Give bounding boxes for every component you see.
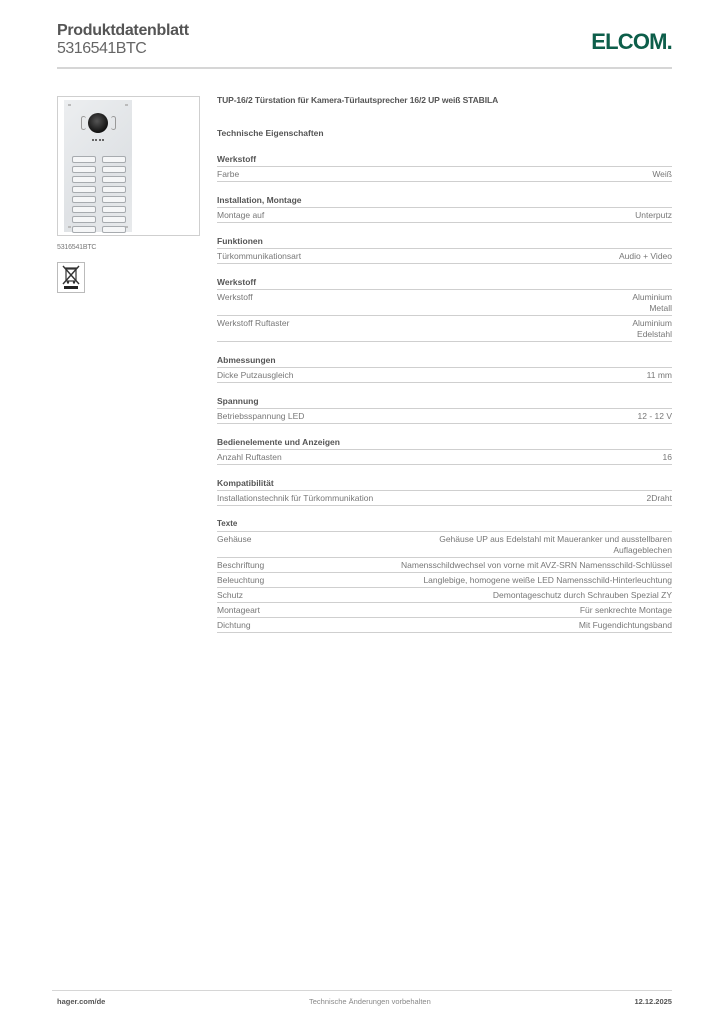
spec-value: Langlebige, homogene weiße LED Namenssch… — [382, 575, 672, 586]
spec-label: Gehäuse — [217, 534, 252, 556]
spec-label: Anzahl Ruftasten — [217, 452, 282, 463]
spec-value: Für senkrechte Montage — [382, 605, 672, 616]
spec-section: KompatibilitätInstallationstechnik für T… — [217, 478, 672, 506]
section-title: Kompatibilität — [217, 478, 672, 491]
spec-value: 11 mm — [382, 370, 672, 381]
footer-divider — [52, 990, 672, 991]
spec-section: FunktionenTürkommunikationsartAudio + Vi… — [217, 236, 672, 264]
screw-icon — [125, 104, 128, 106]
spec-row: Anzahl Ruftasten16 — [217, 450, 672, 465]
spec-row: DichtungMit Fugendichtungsband — [217, 618, 672, 633]
screw-icon — [68, 226, 71, 228]
call-button-icon — [102, 196, 126, 203]
call-button-icon — [102, 216, 126, 223]
section-title: Funktionen — [217, 236, 672, 249]
screw-icon — [68, 104, 71, 106]
product-title: TUP-16/2 Türstation für Kamera-Türlautsp… — [217, 95, 672, 107]
spec-value: Namensschildwechsel von vorne mit AVZ-SR… — [382, 560, 672, 571]
section-title: Abmessungen — [217, 355, 672, 368]
call-button-icon — [72, 226, 96, 233]
call-button-icon — [72, 166, 96, 173]
spec-value: 16 — [382, 452, 672, 463]
spec-row: Dicke Putzausgleich11 mm — [217, 368, 672, 383]
microphone-icon — [92, 136, 104, 141]
spec-value: Mit Fugendichtungsband — [382, 620, 672, 631]
spec-value: Aluminium Edelstahl — [382, 318, 672, 340]
spec-value: Aluminium Metall — [382, 292, 672, 314]
call-button-icon — [72, 156, 96, 163]
call-button-grid — [72, 156, 126, 233]
weee-disposal-icon — [57, 262, 85, 293]
call-button-icon — [102, 156, 126, 163]
spec-label: Türkommunikationsart — [217, 251, 301, 262]
call-button-icon — [72, 216, 96, 223]
spec-label: Beschriftung — [217, 560, 264, 571]
spec-value: Audio + Video — [382, 251, 672, 262]
spec-section: TexteGehäuseGehäuse UP aus Edelstahl mit… — [217, 519, 672, 633]
camera-icon — [88, 113, 108, 133]
spec-label: Installationstechnik für Türkommunikatio… — [217, 493, 373, 504]
call-button-icon — [102, 186, 126, 193]
technical-properties-heading: Technische Eigenschaften — [217, 128, 672, 140]
spec-row: Installationstechnik für Türkommunikatio… — [217, 491, 672, 506]
elcom-logo: ELCOM. — [591, 29, 672, 55]
spec-row: Werkstoff RuftasterAluminium Edelstahl — [217, 316, 672, 342]
spec-row: FarbeWeiß — [217, 167, 672, 182]
section-title: Werkstoff — [217, 277, 672, 290]
footer-website: hager.com/de — [57, 997, 105, 1006]
spec-row: Montage aufUnterputz — [217, 208, 672, 223]
spec-value: Demontageschutz durch Schrauben Spezial … — [382, 590, 672, 601]
section-title: Spannung — [217, 396, 672, 409]
spec-section: WerkstoffWerkstoffAluminium MetallWerkst… — [217, 277, 672, 342]
footer-note: Technische Änderungen vorbehalten — [309, 997, 431, 1006]
spec-value: 2Draht — [382, 493, 672, 504]
spec-label: Schutz — [217, 590, 243, 601]
door-station-panel — [64, 100, 132, 232]
spec-row: BeleuchtungLanglebige, homogene weiße LE… — [217, 573, 672, 588]
spec-row: TürkommunikationsartAudio + Video — [217, 249, 672, 264]
spec-label: Farbe — [217, 169, 239, 180]
section-title: Installation, Montage — [217, 195, 672, 208]
spec-label: Dichtung — [217, 620, 251, 631]
document-footer: hager.com/de Technische Änderungen vorbe… — [57, 997, 672, 1006]
specification-content: TUP-16/2 Türstation für Kamera-Türlautsp… — [217, 95, 672, 633]
footer-date: 12.12.2025 — [634, 997, 672, 1006]
spec-row: SchutzDemontageschutz durch Schrauben Sp… — [217, 588, 672, 603]
spec-section: WerkstoffFarbeWeiß — [217, 154, 672, 182]
spec-row: Betriebsspannung LED12 - 12 V — [217, 409, 672, 424]
image-caption: 5316541BTC — [57, 244, 96, 251]
spec-label: Werkstoff — [217, 292, 253, 314]
spec-label: Montage auf — [217, 210, 264, 221]
call-button-icon — [72, 186, 96, 193]
product-image — [57, 96, 200, 236]
spec-row: BeschriftungNamensschildwechsel von vorn… — [217, 558, 672, 573]
call-button-icon — [102, 226, 126, 233]
header-divider — [57, 67, 672, 69]
spec-label: Montageart — [217, 605, 260, 616]
speaker-icon — [111, 116, 116, 130]
spec-section: AbmessungenDicke Putzausgleich11 mm — [217, 355, 672, 383]
document-title: Produktdatenblatt — [57, 22, 189, 40]
spec-value: Unterputz — [382, 210, 672, 221]
spec-row: WerkstoffAluminium Metall — [217, 290, 672, 316]
spec-label: Betriebsspannung LED — [217, 411, 304, 422]
specification-sections: WerkstoffFarbeWeißInstallation, MontageM… — [217, 154, 672, 633]
article-number: 5316541BTC — [57, 40, 189, 58]
spec-row: GehäuseGehäuse UP aus Edelstahl mit Maue… — [217, 532, 672, 558]
spec-label: Werkstoff Ruftaster — [217, 318, 289, 340]
spec-section: Installation, MontageMontage aufUnterput… — [217, 195, 672, 223]
spec-value: Weiß — [382, 169, 672, 180]
spec-section: Bedienelemente und AnzeigenAnzahl Ruftas… — [217, 437, 672, 465]
spec-label: Dicke Putzausgleich — [217, 370, 294, 381]
call-button-icon — [72, 176, 96, 183]
speaker-icon — [81, 116, 86, 130]
spec-value: Gehäuse UP aus Edelstahl mit Maueranker … — [382, 534, 672, 556]
call-button-icon — [72, 206, 96, 213]
call-button-icon — [102, 176, 126, 183]
section-title: Werkstoff — [217, 154, 672, 167]
spec-value: 12 - 12 V — [382, 411, 672, 422]
call-button-icon — [102, 206, 126, 213]
spec-row: MontageartFür senkrechte Montage — [217, 603, 672, 618]
section-title: Bedienelemente und Anzeigen — [217, 437, 672, 450]
spec-label: Beleuchtung — [217, 575, 264, 586]
spec-section: SpannungBetriebsspannung LED12 - 12 V — [217, 396, 672, 424]
call-button-icon — [102, 166, 126, 173]
document-header: Produktdatenblatt 5316541BTC — [57, 22, 189, 58]
call-button-icon — [72, 196, 96, 203]
section-title: Texte — [217, 519, 672, 532]
